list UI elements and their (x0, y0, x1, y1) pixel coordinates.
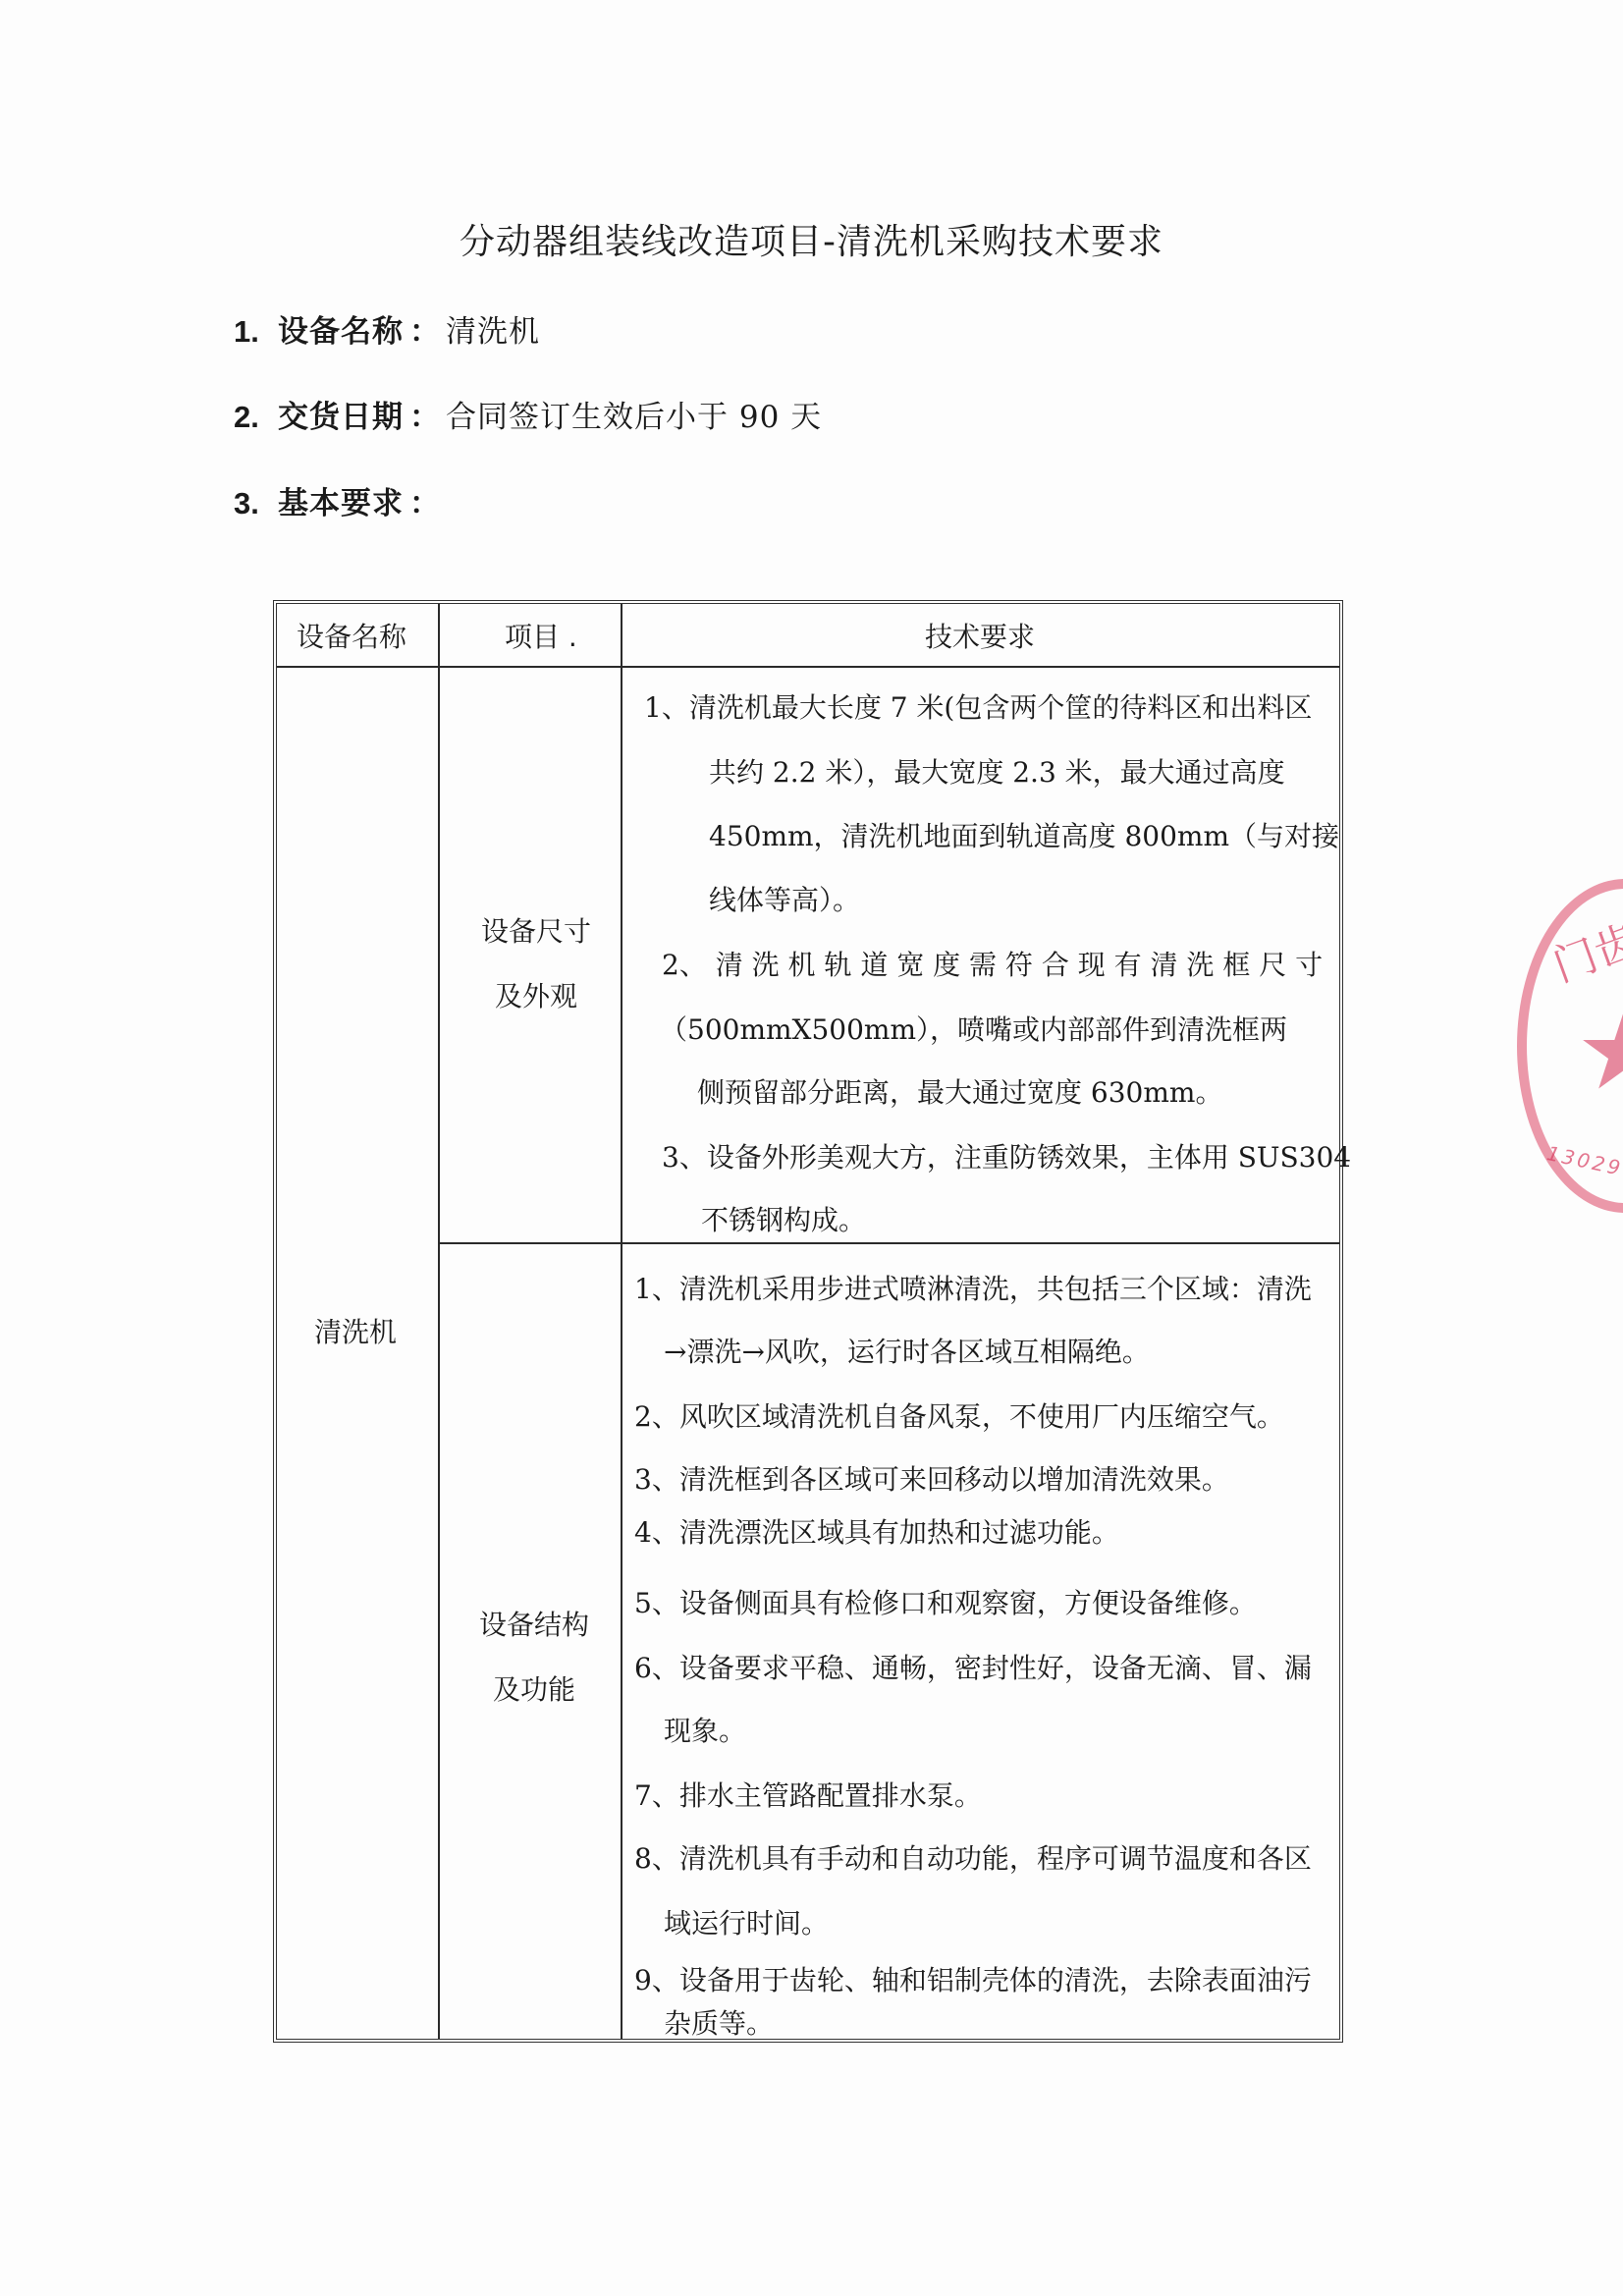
requirements-table: 设备名称 项目 . 技术要求 清洗机 设备尺寸 及外观 1、清洗机最大长度 7 … (273, 600, 1343, 2043)
requirement-line: 6、设备要求平稳、通畅，密封性好，设备无滴、冒、漏 (634, 1637, 1312, 1700)
requirement-line: 5、设备侧面具有检修口和观察窗，方便设备维修。 (634, 1572, 1257, 1635)
requirement-line: 1、清洗机采用步进式喷淋清洗，共包括三个区域：清洗 (634, 1258, 1312, 1321)
field-colon: ： (409, 392, 440, 436)
header-equipment-name: 设备名称 (297, 616, 406, 655)
requirement-line: 1、清洗机最大长度 7 米(包含两个筐的待料区和出料区 (644, 677, 1312, 739)
requirement-line: 不锈钢构成。 (701, 1189, 866, 1252)
column-divider (438, 604, 440, 2039)
field-label: 设备名称 (278, 306, 404, 351)
field-basic-requirements: 3. 基本要求 ： (234, 478, 446, 522)
requirement-line: 现象。 (664, 1700, 746, 1763)
stamp-text: 门齿 (1543, 905, 1623, 994)
stamp-number: 13029 (1544, 1141, 1623, 1180)
star-icon: ★ (1576, 997, 1623, 1105)
field-value: 清洗机 (446, 306, 540, 351)
requirement-line: 7、排水主管路配置排水泵。 (634, 1765, 982, 1828)
item-dimensions-line1: 设备尺寸 (481, 910, 591, 950)
requirement-line: 杂质等。 (664, 1993, 774, 2055)
header-divider (277, 666, 1339, 668)
field-label: 交货日期 (278, 392, 404, 436)
field-delivery-date: 2. 交货日期 ： 合同签订生效后小于 90 天 (234, 392, 822, 436)
field-colon: ： (409, 306, 440, 351)
requirement-line: 2、 清 洗 机 轨 道 宽 度 需 符 合 现 有 清 洗 框 尺 寸 (662, 934, 1323, 997)
requirement-line: 线体等高）。 (709, 869, 860, 932)
field-value: 合同签订生效后小于 90 天 (446, 392, 822, 436)
header-item: 项目 . (505, 616, 577, 655)
requirement-line: 450mm，清洗机地面到轨道高度 800mm（与对接 (709, 805, 1339, 868)
requirement-line: 3、设备外形美观大方，注重防锈效果，主体用 SUS304 (662, 1126, 1351, 1189)
equipment-name-cell: 清洗机 (314, 1311, 397, 1350)
section-divider (438, 1242, 1339, 1244)
field-colon: ： (409, 478, 440, 522)
field-label: 基本要求 (278, 478, 404, 522)
item-structure-line2: 及功能 (493, 1668, 575, 1708)
requirement-line: 域运行时间。 (664, 1892, 829, 1955)
header-tech-requirements: 技术要求 (925, 616, 1035, 655)
field-number: 3. (234, 486, 278, 521)
column-divider (621, 604, 622, 2039)
requirement-line: 8、清洗机具有手动和自动功能，程序可调节温度和各区 (634, 1828, 1312, 1890)
field-number: 1. (234, 314, 278, 350)
requirement-line: 共约 2.2 米），最大宽度 2.3 米，最大通过高度 (709, 741, 1285, 804)
field-equipment-name: 1. 设备名称 ： 清洗机 (234, 306, 540, 351)
requirement-line: 2、风吹区域清洗机自备风泵，不使用厂内压缩空气。 (634, 1386, 1284, 1449)
page-title: 分动器组装线改造项目-清洗机采购技术要求 (0, 214, 1623, 264)
company-seal-stamp: 门齿 ★ 13029 (1517, 879, 1623, 1213)
requirement-line: （500mmX500mm），喷嘴或内部部件到清洗框两 (660, 999, 1287, 1062)
requirement-line: →漂洗→风吹，运行时各区域互相隔绝。 (664, 1321, 1150, 1384)
field-number: 2. (234, 400, 278, 435)
requirement-line: 侧预留部分距离，最大通过宽度 630mm。 (697, 1062, 1222, 1124)
item-structure-line1: 设备结构 (479, 1604, 589, 1643)
item-dimensions-line2: 及外观 (495, 975, 577, 1014)
requirement-line: 4、清洗漂洗区域具有加热和过滤功能。 (634, 1502, 1119, 1564)
